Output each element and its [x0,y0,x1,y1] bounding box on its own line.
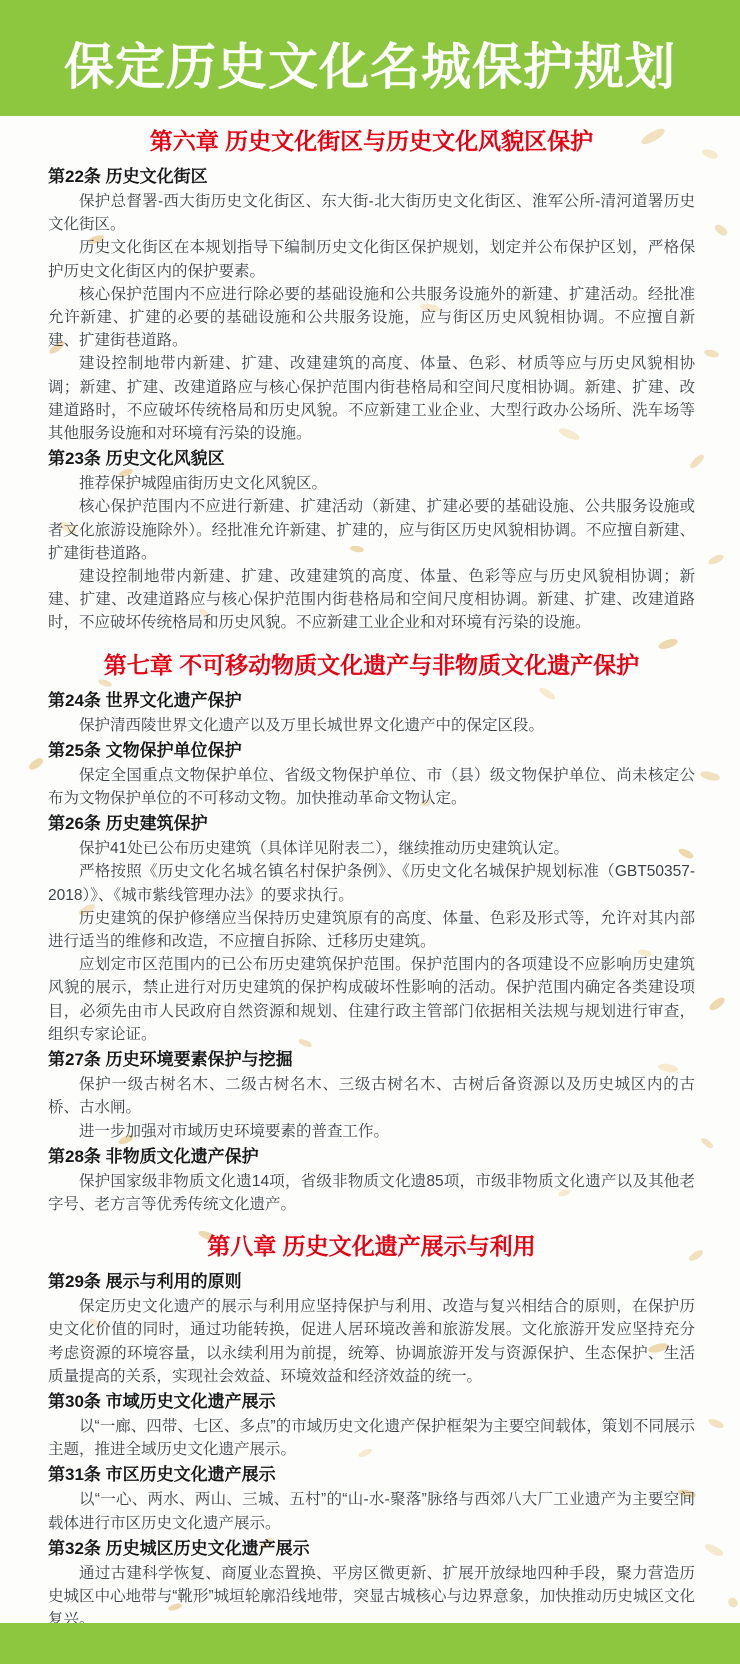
paragraph: 进一步加强对市域历史环境要素的普查工作。 [48,1120,695,1143]
article-heading: 第30条 市域历史文化遗产展示 [48,1389,695,1414]
paragraph: 保护一级古树名木、二级古树名木、三级古树名木、古树后备资源以及历史城区内的古桥、… [48,1073,695,1119]
article-heading: 第23条 历史文化风貌区 [48,446,695,471]
paragraph: 通过古建科学恢复、商厦业态置换、平房区微更新、扩展开放绿地四种手段，聚力营造历史… [48,1562,695,1632]
chapter-title: 第六章 历史文化街区与历史文化风貌区保护 [48,127,695,156]
paragraph: 以“一心、两水、两山、三城、五村”的“山-水-聚落”脉络与西郊八大厂工业遗产为主… [48,1488,695,1534]
article-heading: 第32条 历史城区历史文化遗产展示 [48,1536,695,1561]
paragraph: 保定历史文化遗产的展示与利用应坚持保护与利用、改造与复兴相结合的原则，在保护历史… [48,1295,695,1388]
paragraph: 保护41处已公布历史建筑（具体详见附表二），继续推动历史建筑认定。 [48,837,695,860]
poster-page: 保定历史文化名城保护规划 第六章 历史文化街区与历史文化风貌区保护第22条 历史… [0,0,740,1664]
paragraph: 历史建筑的保护修缮应当保持历史建筑原有的高度、体量、色彩及形式等，允许对其内部进… [48,907,695,953]
paragraph: 保护总督署-西大街历史文化街区、东大街-北大街历史文化街区、淮军公所-清河道署历… [48,190,695,236]
footer-bar [0,1623,740,1664]
article-heading: 第28条 非物质文化遗产保护 [48,1144,695,1169]
article-heading: 第29条 展示与利用的原则 [48,1269,695,1294]
article-heading: 第31条 市区历史文化遗产展示 [48,1462,695,1487]
page-title: 保定历史文化名城保护规划 [64,27,676,99]
article-heading: 第27条 历史环境要素保护与挖掘 [48,1047,695,1072]
chapter-title: 第七章 不可移动物质文化遗产与非物质文化遗产保护 [48,651,695,680]
article-heading: 第22条 历史文化街区 [48,164,695,189]
paragraph: 保护清西陵世界文化遗产以及万里长城世界文化遗产中的保定区段。 [48,714,695,737]
article-heading: 第24条 世界文化遗产保护 [48,688,695,713]
paragraph: 建设控制地带内新建、扩建、改建建筑的高度、体量、色彩、材质等应与历史风貌相协调；… [48,352,695,445]
paragraph: 推荐保护城隍庙街历史文化风貌区。 [48,472,695,495]
article-heading: 第26条 历史建筑保护 [48,811,695,836]
paragraph: 建设控制地带内新建、扩建、改建建筑的高度、体量、色彩等应与历史风貌相协调；新建、… [48,565,695,635]
paragraph: 核心保护范围内不应进行新建、扩建活动（新建、扩建必要的基础设施、公共服务设施或者… [48,495,695,565]
paragraph: 应划定市区范围内的已公布历史建筑保护范围。保护范围内的各项建设不应影响历史建筑风… [48,953,695,1046]
paragraph: 严格按照《历史文化名城名镇名村保护条例》、《历史文化名城保护规划标准（GBT50… [48,860,695,906]
paragraph: 保定全国重点文物保护单位、省级文物保护单位、市（县）级文物保护单位、尚未核定公布… [48,764,695,810]
header-banner: 保定历史文化名城保护规划 [0,0,740,116]
chapter-title: 第八章 历史文化遗产展示与利用 [48,1232,695,1261]
paragraph: 以“一廊、四带、七区、多点”的市域历史文化遗产保护框架为主要空间载体，策划不同展… [48,1415,695,1461]
document-body: 第六章 历史文化街区与历史文化风貌区保护第22条 历史文化街区保护总督署-西大街… [0,116,740,1631]
paragraph: 历史文化街区在本规划指导下编制历史文化街区保护规划，划定并公布保护区划，严格保护… [48,236,695,282]
article-heading: 第25条 文物保护单位保护 [48,738,695,763]
paragraph: 核心保护范围内不应进行除必要的基础设施和公共服务设施外的新建、扩建活动。经批准允… [48,283,695,353]
paragraph: 保护国家级非物质文化遗14项，省级非物质文化遗85项，市级非物质文化遗产以及其他… [48,1170,695,1216]
